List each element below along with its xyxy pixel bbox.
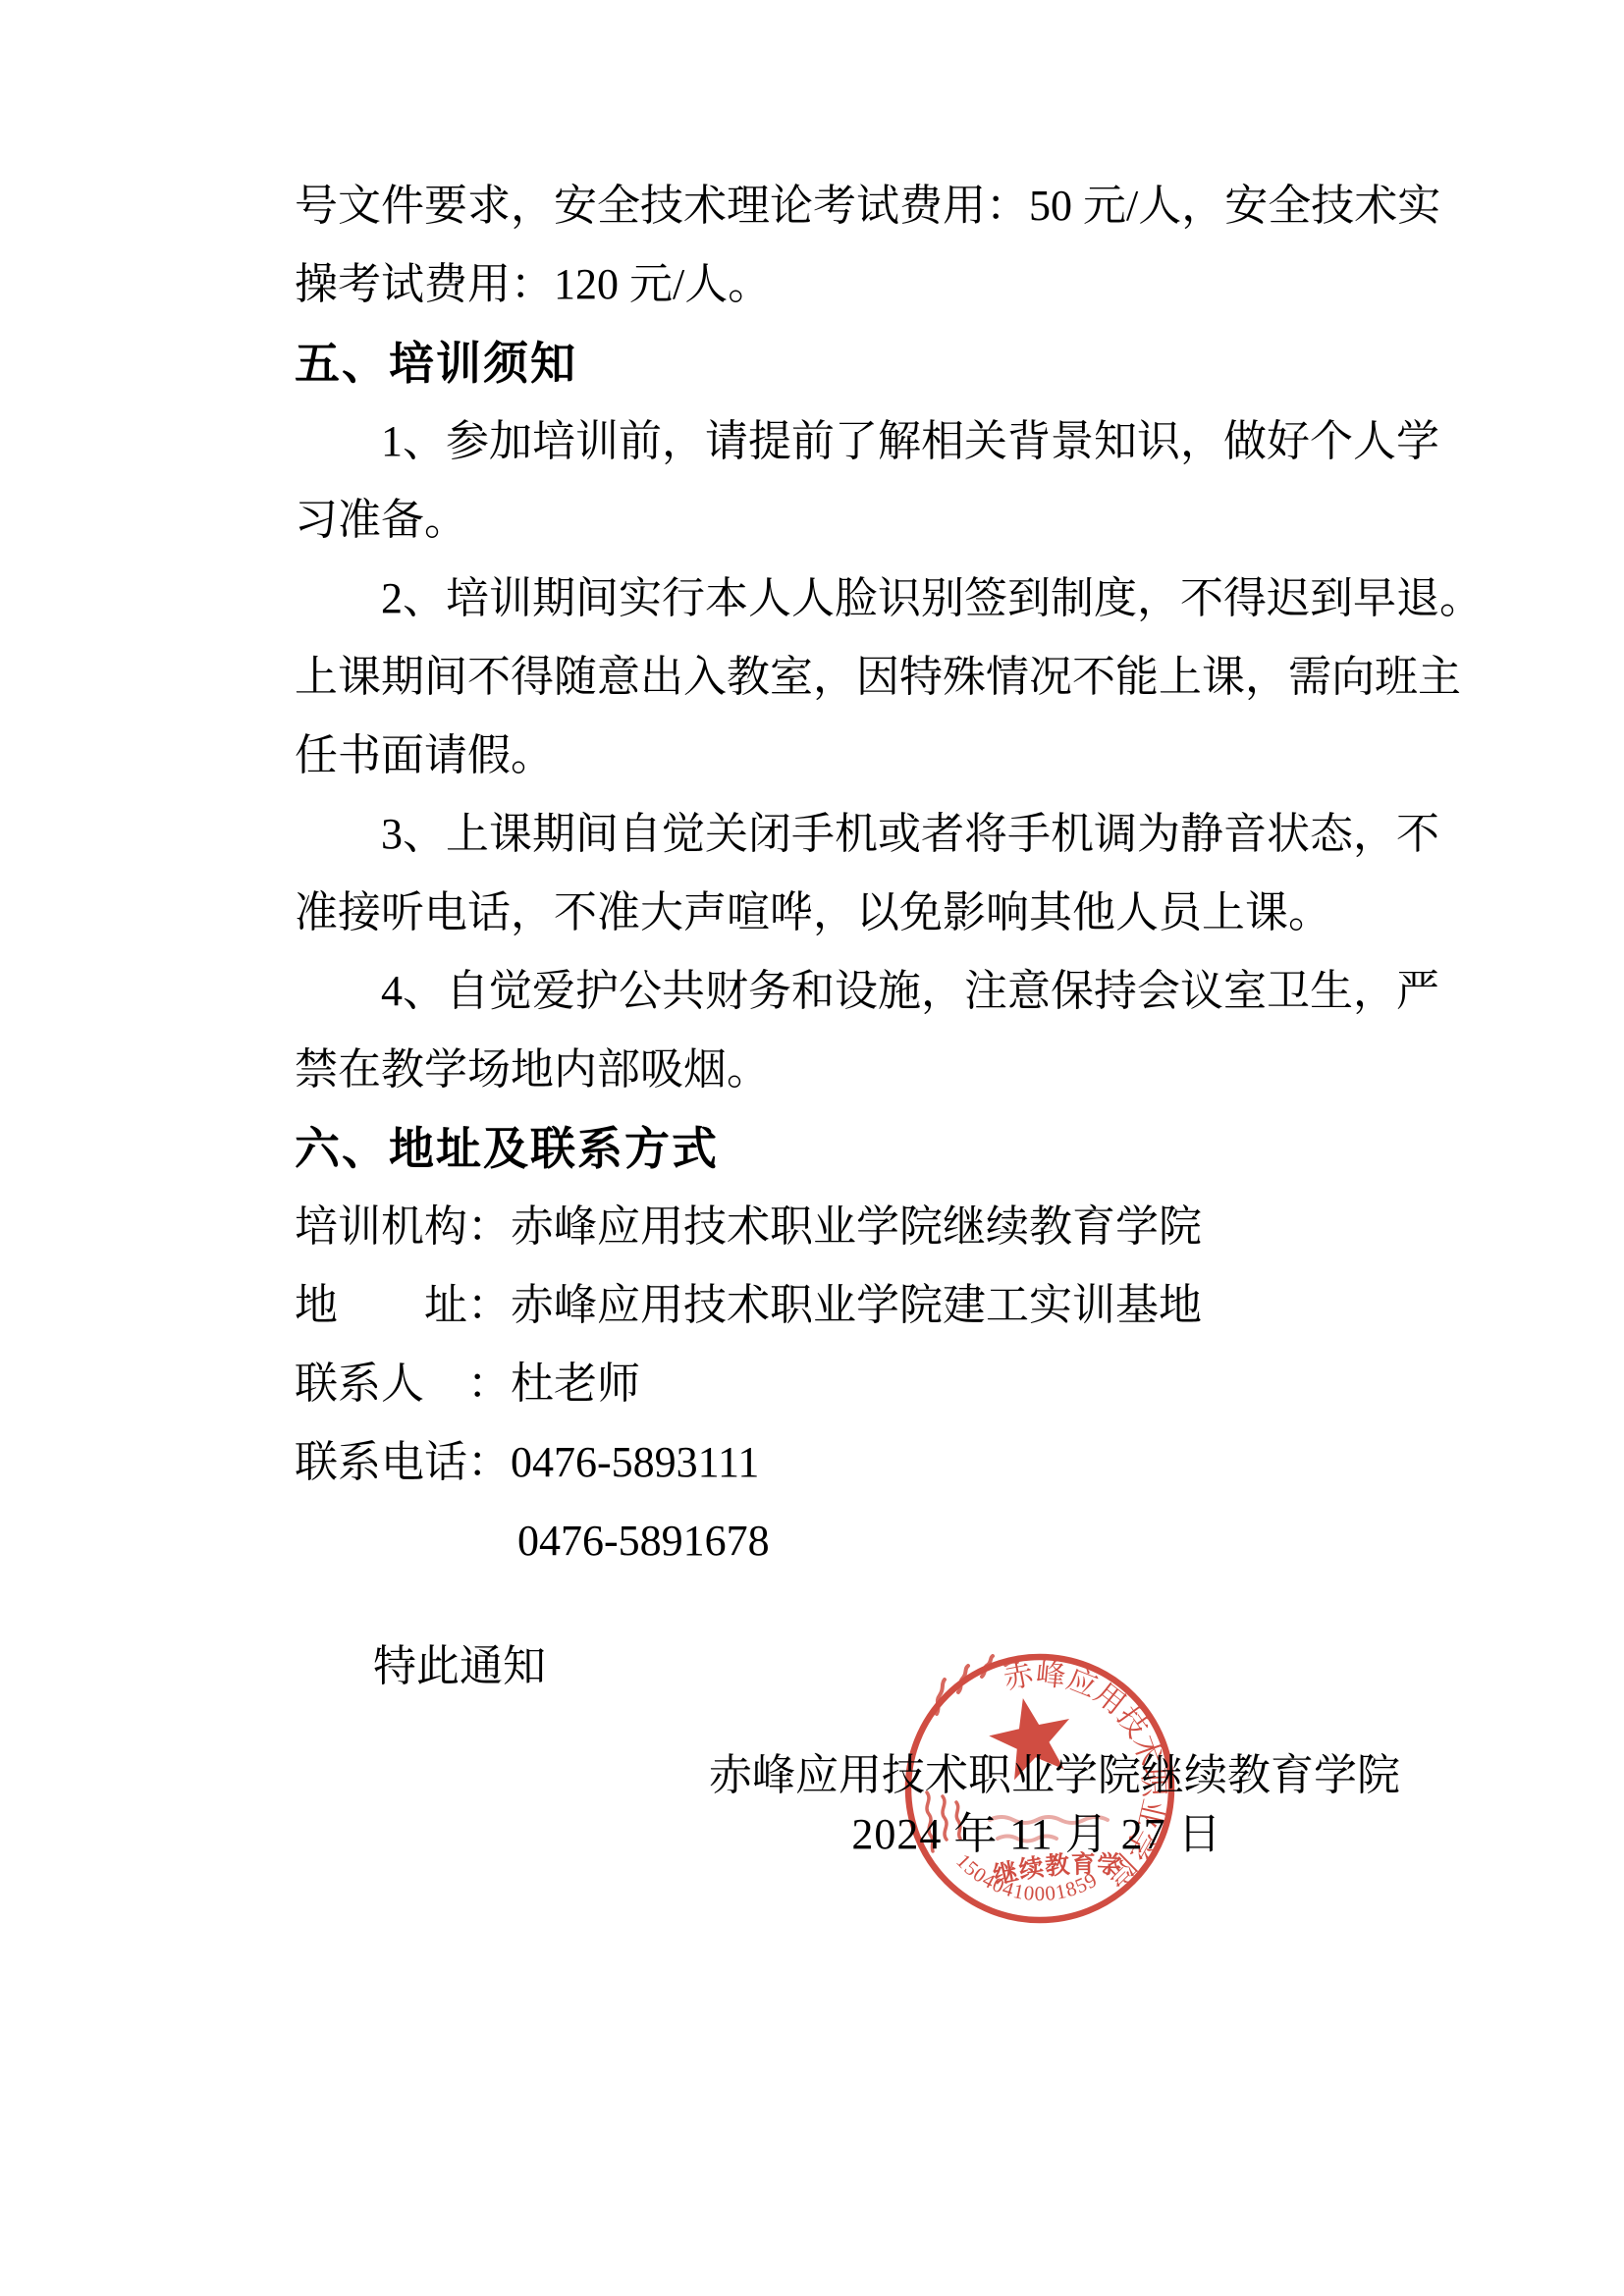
list-item-3-line-1: 3、上课期间自觉关闭手机或者将手机调为静音状态，不 xyxy=(295,795,1463,874)
closing-notice-line: 特此通知 xyxy=(295,1628,1463,1706)
signature-org-name: 赤峰应用技术职业学院继续教育学院 xyxy=(709,1747,1365,1804)
list-item-3-line-2: 准接听电话，不准大声喧哗，以免影响其他人员上课。 xyxy=(295,874,1463,952)
body-line-continuation: 号文件要求，安全技术理论考试费用：50 元/人，安全技术实 xyxy=(295,167,1463,245)
section-heading-5: 五、培训须知 xyxy=(295,324,1463,402)
contact-person-line: 联系人 ：杜老师 xyxy=(295,1345,1463,1423)
contact-phone-line-1: 联系电话：0476-5893111 xyxy=(295,1423,1463,1502)
document-body: 号文件要求，安全技术理论考试费用：50 元/人，安全技术实 操考试费用：120 … xyxy=(295,167,1463,1706)
list-item-2-line-1: 2、培训期间实行本人人脸识别签到制度，不得迟到早退。 xyxy=(295,560,1463,638)
signature-block: 赤峰应用技术职业学院继续教育学院 2024 年 11 月 27 日 xyxy=(709,1747,1365,1865)
list-item-1-line-2: 习准备。 xyxy=(295,481,1463,560)
list-item-4-line-2: 禁在教学场地内部吸烟。 xyxy=(295,1031,1463,1109)
list-item-4-line-1: 4、自觉爱护公共财务和设施，注意保持会议室卫生，严 xyxy=(295,952,1463,1031)
section-heading-6: 六、地址及联系方式 xyxy=(295,1109,1463,1188)
contact-phone-line-2: 0476-5891678 xyxy=(295,1502,1463,1580)
body-line: 操考试费用：120 元/人。 xyxy=(295,245,1463,324)
signature-date: 2024 年 11 月 27 日 xyxy=(709,1804,1365,1865)
list-item-2-line-2: 上课期间不得随意出入教室，因特殊情况不能上课，需向班主 xyxy=(295,638,1463,717)
contact-address-line: 地 址：赤峰应用技术职业学院建工实训基地 xyxy=(295,1266,1463,1345)
list-item-2-line-3: 任书面请假。 xyxy=(295,717,1463,795)
contact-org-line: 培训机构：赤峰应用技术职业学院继续教育学院 xyxy=(295,1188,1463,1266)
document-page: 号文件要求，安全技术理论考试费用：50 元/人，安全技术实 操考试费用：120 … xyxy=(0,0,1624,2296)
list-item-1-line-1: 1、参加培训前，请提前了解相关背景知识，做好个人学 xyxy=(295,402,1463,481)
